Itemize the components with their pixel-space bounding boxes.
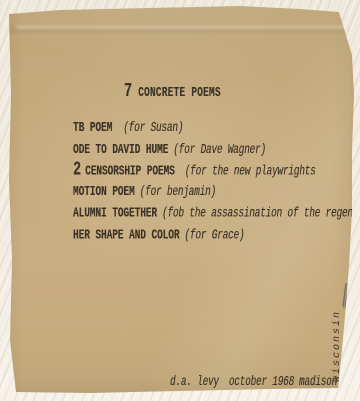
poem-title: CENSORSHIP POEMS — [85, 162, 175, 178]
poem-title: TB POEM — [73, 119, 112, 135]
title-number: 7 — [124, 82, 132, 104]
title-text: CONCRETE POEMS — [138, 84, 221, 100]
staple — [343, 283, 349, 307]
poem-line: 2CENSORSHIP POEMS(for the new playwright… — [73, 161, 360, 182]
poem-line: TB POEM(for Susan) — [73, 118, 360, 139]
cover-title: 7CONCRETE POEMS — [124, 83, 221, 104]
poem-line: ALUMNI TOGETHER(fob the assassination of… — [73, 204, 360, 225]
poem-number: 2 — [73, 159, 81, 181]
poem-dedication: (fob the assassination of the regents — [162, 205, 360, 221]
poem-dedication: (for the new playwrights — [185, 162, 316, 178]
poem-title: HER SHAPE AND COLOR — [73, 227, 179, 243]
author-name: d.a. levy — [170, 373, 219, 389]
poem-title: ODE TO DAVID HUME — [73, 141, 168, 157]
poem-title: MOTION POEM — [73, 184, 135, 200]
publication-date: october 1968 — [229, 373, 294, 389]
colophon: d.a. levyoctober 1968madison — [170, 372, 337, 393]
poem-dedication: (for benjamin) — [140, 184, 216, 200]
spine-text: wisconsin — [332, 306, 346, 386]
pamphlet-cover: 7CONCRETE POEMS TB POEM(for Susan) ODE T… — [0, 0, 360, 401]
poem-dedication: (for Grace) — [184, 227, 244, 243]
poem-dedication: (for Dave Wagner) — [173, 141, 266, 157]
poem-line: HER SHAPE AND COLOR(for Grace) — [73, 225, 360, 246]
photo-background: 7CONCRETE POEMS TB POEM(for Susan) ODE T… — [0, 0, 360, 401]
poem-list: TB POEM(for Susan) ODE TO DAVID HUME(for… — [73, 118, 360, 247]
poem-line: ODE TO DAVID HUME(for Dave Wagner) — [73, 139, 360, 160]
poem-dedication: (for Susan) — [123, 119, 183, 135]
poem-line: MOTION POEM(for benjamin) — [73, 182, 360, 203]
corner-fold-crease — [6, 20, 18, 36]
poem-title: ALUMNI TOGETHER — [73, 205, 157, 221]
